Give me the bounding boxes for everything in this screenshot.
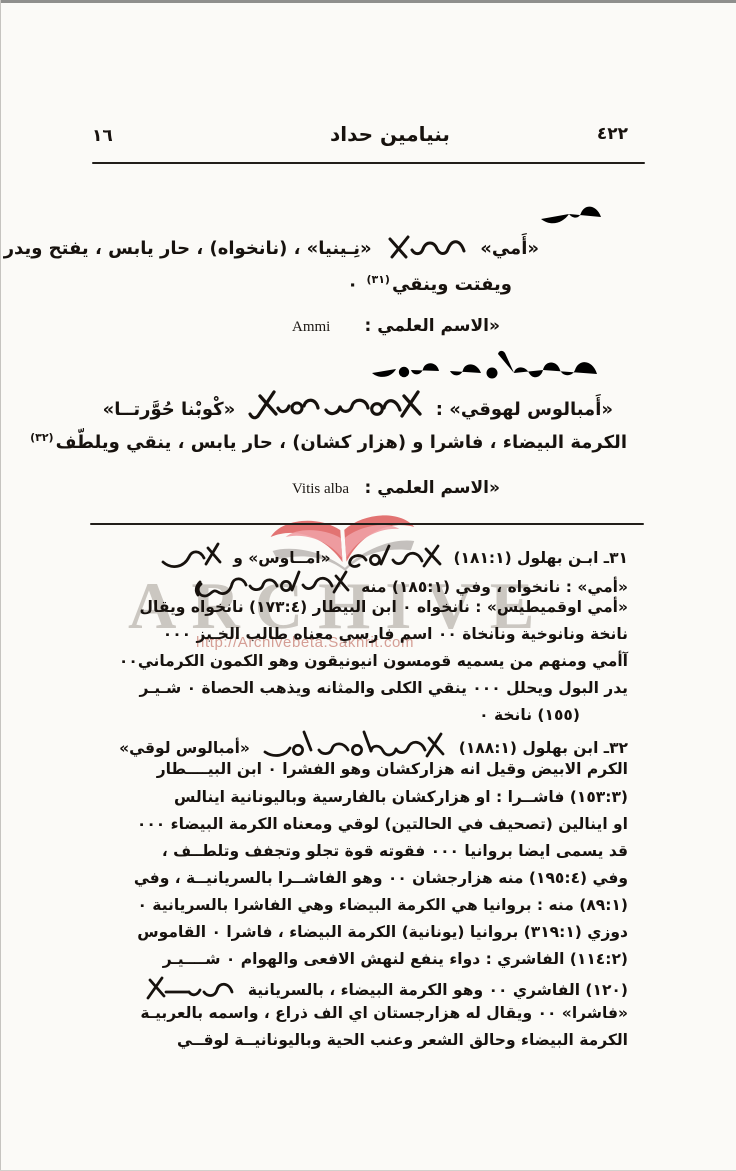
footnote-ref-31: (٣١)	[366, 273, 390, 286]
entry-ammi-end-dot: ٠	[347, 274, 358, 295]
footnote-31-line6: يدر البول ويحلل ٠٠٠ ينقي الكلى والمثانه …	[139, 676, 628, 700]
entry-ammi-line1: «أَمي» «نِـينيا» ، (نانخواه) ، حار يابس …	[4, 231, 627, 264]
footnote-32-line7: (٨٩:١) منه : بروانيا هي الكرمة البيضاء و…	[137, 893, 628, 917]
footnote-32-line2: الكرم الابيض وقيل انه هزاركشان وهو الفشر…	[157, 757, 628, 781]
scientific-name-label-1: «الاسم العلمي :	[365, 316, 501, 336]
footnote-31-line5: آأمي ومنهم من يسميه قومسون انيونيقون وهو…	[119, 649, 628, 673]
syriac-word-ampelos-loqi	[261, 730, 447, 760]
syriac-word-ninya	[384, 231, 468, 261]
footnote-32-line11: «فاشرا» ٠٠ ويقال له هزارجستان اي الف ذرا…	[140, 1001, 628, 1025]
footnote-32-line1: ٣٢ـ ابن بهلول (١٨٨:١) «أمبالوس لوقي»	[119, 730, 628, 760]
footnote-32-line3: (١٥٣:٣) فاشــرا : او هزاركشان بالفارسية …	[174, 785, 628, 809]
syriac-phrase-gupna-hwarta	[248, 386, 424, 422]
footnote-32-transliteration: «أمبالوس لوقي»	[119, 739, 250, 757]
footnote-31-line2-text: «أمي» : نانخواه ، وفي (١٨٥:١) منه	[361, 578, 628, 596]
syriac-headword-ampelos-lhoqi	[367, 348, 622, 386]
footnote-32-line10-text: (١٢٠) الفاشري ٠٠ وهو الكرمة البيضاء ، با…	[248, 981, 628, 999]
footnote-31-line7: (١٥٥) نانخة ٠	[479, 703, 580, 727]
footnote-31-transliteration: «امــاوس» و	[233, 549, 330, 567]
scan-edge-left	[0, 0, 1, 1171]
entry-ammi-transliteration: «أَمي»	[480, 238, 539, 259]
scientific-name-value-2: Vitis alba	[292, 481, 349, 498]
footnote-31-line3: «أمي اوقميطيس» : نانخواه ٠ ابن البيطار (…	[140, 595, 628, 619]
folio-number-right: ٤٢٢	[597, 124, 628, 144]
scan-edge-top	[0, 0, 736, 3]
page-title: بنيامين حداد	[330, 122, 450, 146]
footnote-32-line4: او اينالين (تصحيف في الحالتين) لوقي ومعن…	[137, 812, 628, 836]
syriac-headword-ammi	[535, 193, 625, 229]
header-rule	[92, 162, 645, 164]
folio-number-left: ١٦	[92, 126, 113, 146]
entry-ampelos-properties: الكرمة البيضاء ، فاشرا و (هزار كشان) ، ح…	[56, 432, 627, 453]
footnote-32-line5: قد يسمى ايضا بروانيا ٠٠٠ فقوته قوة تجلو …	[162, 839, 628, 863]
entry-ampelos-transliteration: «أَمبالوس لهوقي» :	[436, 399, 613, 420]
footnote-32-source: ٣٢ـ ابن بهلول (١٨٨:١)	[459, 739, 628, 757]
entry-ammi-line2: ويفتت وينقي(٣١) ٠	[347, 265, 512, 300]
entry-ammi-line2-text: ويفتت وينقي	[392, 274, 512, 295]
syriac-word-amaos	[342, 542, 442, 570]
syriac-word-ammi-small	[160, 540, 222, 570]
entry-ampelos-definition-transliteration: «كْوبْنا حُوَّرتــا»	[103, 399, 236, 420]
scientific-name-label-2: «الاسم العلمي :	[365, 478, 501, 498]
footnote-31-source: ٣١ـ ابـن بهلول (١٨١:١)	[453, 549, 628, 567]
scanned-book-page: ARCHIVE http://Archivebeta.Sakhrit.com ١…	[0, 0, 736, 1171]
footnote-32-line9: (١١٤:٢) الفاشري : دواء ينفع لنهش الافعى …	[163, 947, 628, 971]
entry-ampelos-line2: الكرمة البيضاء ، فاشرا و (هزار كشان) ، ح…	[28, 423, 627, 458]
footnote-32-line8: دوزي (٣١٩:١) بروانيا (يونانية) الكرمة ال…	[137, 920, 628, 944]
footnote-31-line1: ٣١ـ ابـن بهلول (١٨١:١) «امــاوس» و	[154, 540, 628, 570]
entry-ammi-properties: «نِـينيا» ، (نانخواه) ، حار يابس ، يفتح …	[4, 238, 372, 259]
footnote-32-line6: وفي (١٩٥:٤) منه هزارجشان ٠٠ وهو الفاشــر…	[134, 866, 628, 890]
scientific-name-value-1: Ammi	[292, 319, 330, 336]
footnote-31-line4: نانخة ونانوخية ونانخاة ٠٠ اسم فارسي معنا…	[163, 622, 628, 646]
entry-ampelos-line1: «أَمبالوس لهوقي» : «كْوبْنا حُوَّرتــا»	[103, 386, 627, 425]
footnote-ref-32: (٣٢)	[30, 431, 54, 444]
syriac-word-pashra	[140, 974, 236, 1002]
footnote-32-line10: (١٢٠) الفاشري ٠٠ وهو الكرمة البيضاء ، با…	[134, 974, 628, 1002]
footnote-32-line12: الكرمة البيضاء وحالق الشعر وعنب الحية وب…	[177, 1028, 628, 1052]
